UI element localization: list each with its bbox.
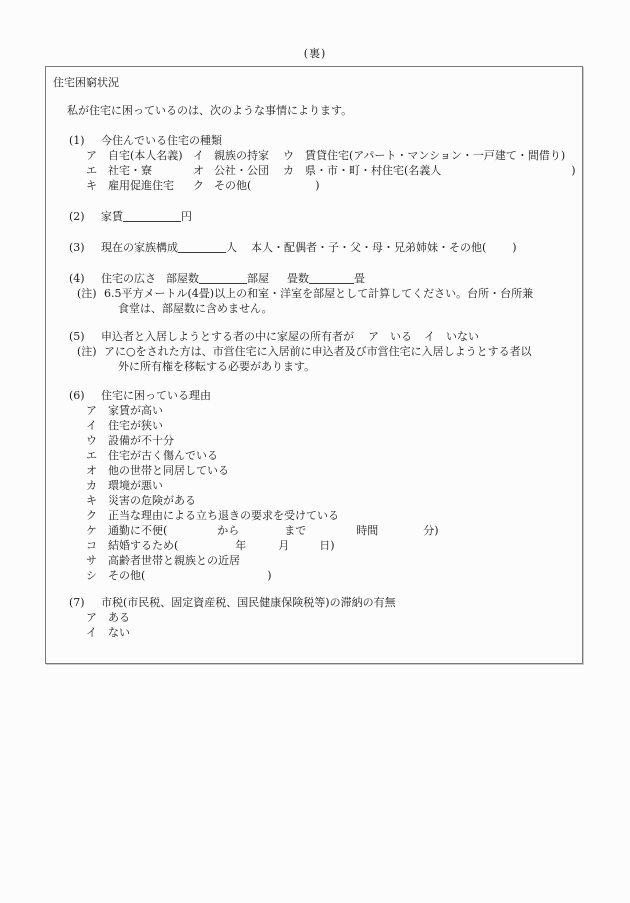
intro-text: 私が住宅に困っているのは、次のような事情によります。	[46, 103, 582, 118]
option-key: シ	[86, 568, 108, 583]
q3-section: (3) 現在の家族構成 人 本人・配偶者・子・父・母・兄弟姉妹・その他( )	[46, 239, 582, 255]
option-label-no-arrears: ない	[108, 625, 130, 640]
option-key-i: イ	[193, 148, 214, 163]
q4-section: (4) 住宅の広さ 部屋数 部屋 畳数 畳 (注) 6.5平方メートル(4畳)以…	[46, 270, 582, 316]
option-label-commute-inconvenient: 通勤に不便(	[108, 523, 167, 538]
q7-header: (7) 市税(市民税、固定資産税、国民健康保険税等)の滞納の有無	[46, 595, 582, 610]
q6-option-row: ク 正当な理由による立ち退きの要求を受けている	[46, 508, 582, 523]
family-members-label: 本人・配偶者・子・父・母・兄弟姉妹・その他(	[251, 240, 486, 255]
paren-close: )	[267, 568, 271, 583]
q6-option-row-other: シ その他( )	[46, 568, 582, 583]
family-size-label: 現在の家族構成	[101, 240, 178, 255]
rent-fill-blank	[123, 210, 181, 222]
option-label-rental-housing: 賃貸住宅(アパート・マンション・一戸建て・間借り)	[305, 148, 565, 163]
option-key: ウ	[86, 433, 108, 448]
option-label-relatives-house: 親族の持家	[214, 148, 283, 163]
paren-close: )	[315, 178, 319, 193]
option-label-company-housing: 社宅・寮	[108, 163, 193, 178]
tax-arrears-label: 市税(市民税、固定資産税、国民健康保険税等)の滞納の有無	[101, 595, 396, 610]
q6-section: (6) 住宅に困っている理由 ア 家賃が高い イ 住宅が狭い ウ 設備が不十分 …	[46, 388, 582, 583]
option-label-other: その他(	[214, 178, 251, 193]
paren-close: )	[571, 163, 575, 178]
q1-option-row-2: エ 社宅・寮 オ 公社・公団 カ 県・市・町・村住宅(名義人 )	[46, 163, 582, 178]
option-key: コ	[86, 538, 108, 553]
q5-number: (5)	[69, 329, 101, 344]
option-key-ku: ク	[193, 178, 214, 193]
q4-note-line2: 食堂は、部屋数に含めません。	[46, 301, 582, 316]
form-box: 住宅困窮状況 私が住宅に困っているのは、次のような事情によります。 (1) 今住…	[45, 66, 583, 664]
q4-header: (4) 住宅の広さ 部屋数 部屋 畳数 畳	[46, 270, 582, 286]
option-key-no: イ	[424, 329, 435, 344]
rooms-unit: 部屋	[247, 271, 269, 286]
option-label-public-housing: 県・市・町・村住宅(名義人	[305, 163, 441, 178]
q1-section: (1) 今住んでいる住宅の種類 ア 自宅(本人名義) イ 親族の持家 ウ 賃貸住…	[46, 133, 582, 193]
q6-number: (6)	[69, 388, 101, 403]
q1-header: (1) 今住んでいる住宅の種類	[46, 133, 582, 148]
option-label-high-rent: 家賃が高い	[108, 403, 163, 418]
option-label-old-damaged: 住宅が古く傷んでいる	[108, 448, 218, 463]
option-key: エ	[86, 448, 108, 463]
rooms-fill-blank	[199, 272, 247, 284]
rooms-label: 部屋数	[166, 271, 199, 286]
option-label-other-reason: その他(	[108, 568, 145, 583]
option-label-yes: いる	[390, 329, 412, 344]
paren-close: )	[512, 240, 516, 255]
option-key: ケ	[86, 523, 108, 538]
option-label-has-arrears: ある	[108, 610, 130, 625]
option-label-bad-environment: 環境が悪い	[108, 478, 163, 493]
q5-header: (5) 申込者と入居しようとする者の中に家屋の所有者が ア いる イ いない	[46, 329, 582, 344]
option-label-eviction-request: 正当な理由による立ち退きの要求を受けている	[108, 508, 339, 523]
q5-note: (注) アに○をされた方は、市営住宅に入居前に申込者及び市営住宅に入居しようとす…	[46, 344, 582, 359]
rent-label: 家賃	[101, 209, 123, 224]
q6-option-row-marriage: コ 結婚するため( 年 月 日)	[46, 538, 582, 553]
q6-option-row-commute: ケ 通勤に不便( から まで 時間 分)	[46, 523, 582, 538]
option-key-ka: カ	[283, 163, 305, 178]
note-marker: (注)	[77, 344, 104, 359]
option-label-living-with-other-household: 他の世帯と同居している	[108, 463, 229, 478]
tatami-unit: 畳	[354, 271, 365, 286]
commute-to-label: まで	[284, 523, 306, 538]
note-marker: (注)	[77, 286, 104, 301]
document-page: (裏) 住宅困窮状況 私が住宅に困っているのは、次のような事情によります。 (1…	[0, 0, 630, 903]
option-key-e: エ	[86, 163, 108, 178]
q7-option-row-yes: ア ある	[46, 610, 582, 625]
option-key-u: ウ	[283, 148, 305, 163]
option-label-poor-facilities: 設備が不十分	[108, 433, 174, 448]
q6-option-row: ウ 設備が不十分	[46, 433, 582, 448]
form-title: 住宅困窮状況	[46, 75, 582, 90]
q6-option-row: オ 他の世帯と同居している	[46, 463, 582, 478]
q5-note-line2: 外に所有権を移転する必要があります。	[46, 359, 582, 374]
option-label-marriage: 結婚するため(	[108, 538, 178, 553]
page-side-label: (裏)	[0, 46, 630, 61]
q7-section: (7) 市税(市民税、固定資産税、国民健康保険税等)の滞納の有無 ア ある イ …	[46, 595, 582, 640]
q6-label: 住宅に困っている理由	[101, 388, 211, 403]
option-key-o: オ	[193, 163, 214, 178]
option-key: サ	[86, 553, 108, 568]
q1-number: (1)	[69, 133, 101, 148]
q7-number: (7)	[69, 595, 101, 610]
marriage-day-label: 日)	[319, 538, 334, 553]
option-key-yes: ア	[368, 329, 379, 344]
option-key: イ	[86, 418, 108, 433]
q1-label: 今住んでいる住宅の種類	[101, 133, 222, 148]
owner-question-label: 申込者と入居しようとする者の中に家屋の所有者が	[101, 329, 354, 344]
q6-option-row: エ 住宅が古く傷んでいる	[46, 448, 582, 463]
marriage-year-label: 年	[235, 538, 246, 553]
option-key: ク	[86, 508, 108, 523]
option-key: キ	[86, 493, 108, 508]
q2-section: (2) 家賃 円	[46, 208, 582, 224]
q2-number: (2)	[69, 209, 101, 224]
tatami-label: 畳数	[287, 271, 309, 286]
q4-note: (注) 6.5平方メートル(4畳)以上の和室・洋室を部屋として計算してください。…	[46, 286, 582, 301]
q1-option-row-1: ア 自宅(本人名義) イ 親族の持家 ウ 賃貸住宅(アパート・マンション・一戸建…	[46, 148, 582, 163]
q3-number: (3)	[69, 240, 101, 255]
option-key-no: イ	[86, 625, 108, 640]
family-size-fill-blank	[178, 241, 226, 253]
q1-option-row-3: キ 雇用促進住宅 ク その他( )	[46, 178, 582, 193]
option-label-disaster-risk: 災害の危険がある	[108, 493, 196, 508]
q4-number: (4)	[69, 271, 101, 286]
option-label-small-house: 住宅が狭い	[108, 418, 163, 433]
option-label-public-corporation: 公社・公団	[214, 163, 283, 178]
q5-note-line1: アに○をされた方は、市営住宅に入居前に申込者及び市営住宅に入居しようとする者以	[104, 344, 532, 359]
q6-option-row: カ 環境が悪い	[46, 478, 582, 493]
commute-minutes-label: 分)	[423, 523, 438, 538]
q6-option-row: ア 家賃が高い	[46, 403, 582, 418]
q6-header: (6) 住宅に困っている理由	[46, 388, 582, 403]
option-label-employment-promotion: 雇用促進住宅	[108, 178, 193, 193]
commute-hours-label: 時間	[356, 523, 378, 538]
option-key: ア	[86, 403, 108, 418]
option-key: オ	[86, 463, 108, 478]
family-size-unit: 人	[226, 240, 237, 255]
option-label-own-home: 自宅(本人名義)	[108, 148, 193, 163]
option-key: カ	[86, 478, 108, 493]
option-key-yes: ア	[86, 610, 108, 625]
q5-section: (5) 申込者と入居しようとする者の中に家屋の所有者が ア いる イ いない (…	[46, 329, 582, 374]
option-key-a: ア	[86, 148, 108, 163]
rent-unit: 円	[181, 209, 192, 224]
option-label-elderly-near-relatives: 高齢者世帯と親族との近居	[108, 553, 240, 568]
area-label: 住宅の広さ	[101, 271, 156, 286]
commute-from-label: から	[217, 523, 239, 538]
marriage-month-label: 月	[278, 538, 289, 553]
q7-option-row-no: イ ない	[46, 625, 582, 640]
q6-option-row: キ 災害の危険がある	[46, 493, 582, 508]
option-label-no: いない	[446, 329, 479, 344]
q6-option-row: イ 住宅が狭い	[46, 418, 582, 433]
q6-option-row-elderly: サ 高齢者世帯と親族との近居	[46, 553, 582, 568]
option-key-ki: キ	[86, 178, 108, 193]
tatami-fill-blank	[309, 272, 354, 284]
q4-note-line1: 6.5平方メートル(4畳)以上の和室・洋室を部屋として計算してください。台所・台…	[104, 286, 533, 301]
